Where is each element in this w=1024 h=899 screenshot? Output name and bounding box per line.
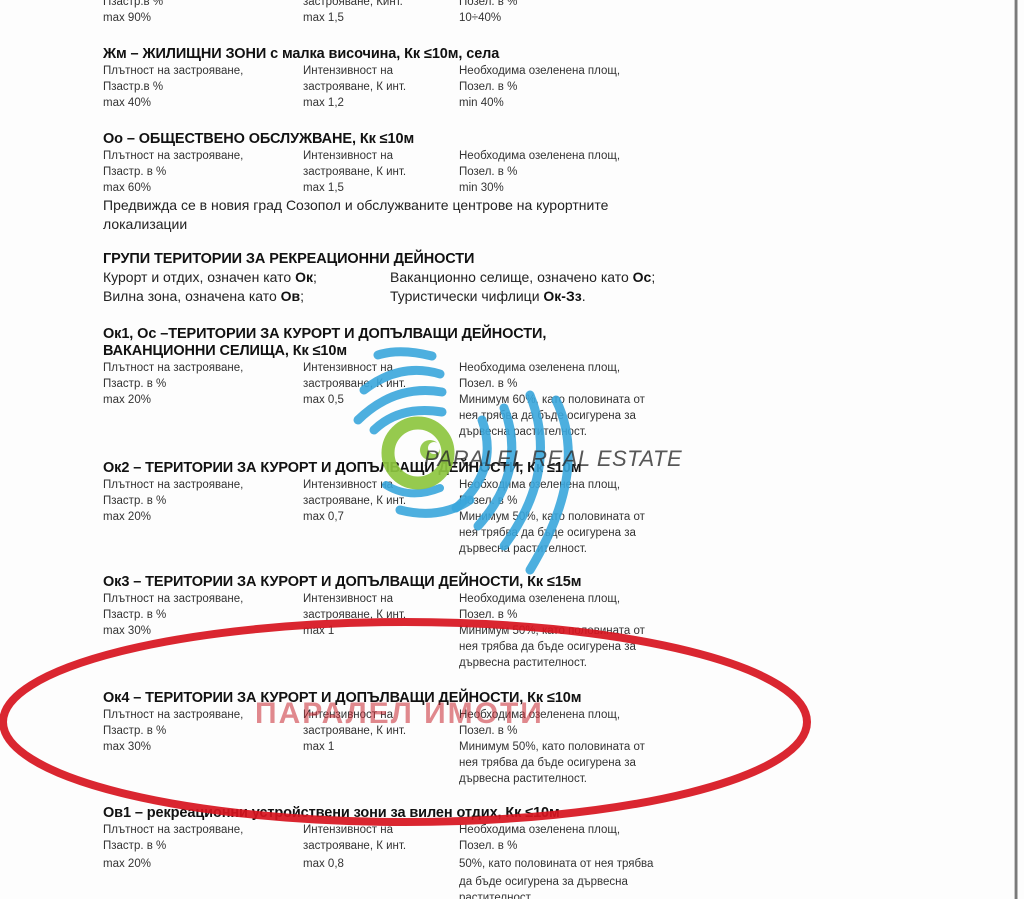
cell: min 30%: [459, 180, 504, 196]
cell: Пзастр. в %: [103, 607, 166, 623]
cell: Плътност на застрояване,: [103, 822, 243, 838]
cell: max 0,8: [303, 854, 344, 874]
cell: застрояване, Кинт.: [303, 0, 403, 10]
watermark-logo-text: PARALEL REAL ESTATE: [424, 446, 682, 472]
cell: Пзастр. в %: [103, 723, 166, 739]
cell: да бъде осигурена за дървесна: [459, 874, 628, 890]
cell: max 20%: [103, 854, 151, 874]
cell: дървесна растителност.: [459, 541, 587, 557]
section-ok3: Ок3 – ТЕРИТОРИИ ЗА КУРОРТ И ДОПЪЛВАЩИ ДЕ…: [103, 574, 581, 671]
cell: Пзастр.в %: [103, 0, 163, 10]
cell: max 20%: [103, 509, 151, 525]
page-edge-divider: [1015, 0, 1017, 899]
cell: Интензивност на: [303, 148, 393, 164]
cell: Пзастр. в %: [103, 164, 166, 180]
document-page: Пзастр.в % застрояване, Кинт. Позел. в %…: [0, 0, 1024, 899]
cell: Минимум 50%, като половината от: [459, 623, 645, 639]
cell: 50%, като половината от нея трябва: [459, 854, 653, 874]
cell: max 40%: [103, 95, 151, 111]
section-oo: Оо – ОБЩЕСТВЕНО ОБСЛУЖВАНЕ, Кк ≤10м Плът…: [103, 131, 703, 234]
cell: Плътност на застрояване,: [103, 707, 243, 723]
group-item: Вилна зона, означена като Ов;: [103, 287, 304, 306]
cell: Интензивност на: [303, 591, 393, 607]
section-zhm: Жм – ЖИЛИЩНИ ЗОНИ с малка височина, Кк ≤…: [103, 46, 499, 111]
cell: Интензивност на: [303, 360, 393, 376]
cell: min 40%: [459, 95, 504, 111]
cell: max 0,7: [303, 509, 344, 525]
cell: Позел. в %: [459, 838, 517, 854]
cell: застрояване, К инт.: [303, 376, 406, 392]
cell: дървесна растителност.: [459, 771, 587, 787]
section-ov1: Ов1 – рекреационни устройствени зони за …: [103, 805, 560, 899]
group-item: Туристически чифлици Ок-Зз.: [390, 287, 586, 306]
cell: дървесна растителност.: [459, 424, 587, 440]
section-note: Предвижда се в новия град Созопол и обсл…: [103, 196, 703, 234]
cell: Необходима озеленена площ,: [459, 591, 620, 607]
cell: Позел. в %: [459, 493, 517, 509]
cell: Плътност на застрояване,: [103, 477, 243, 493]
cell: нея трябва да бъде осигурена за: [459, 639, 636, 655]
cell: Интензивност на: [303, 477, 393, 493]
section-title: Жм – ЖИЛИЩНИ ЗОНИ с малка височина, Кк ≤…: [103, 46, 499, 63]
cell: застрояване, К инт.: [303, 838, 406, 854]
cell: max 1: [303, 623, 334, 639]
cell: Необходима озеленена площ,: [459, 477, 620, 493]
cell: max 1,5: [303, 180, 344, 196]
section-title-line: Ок1, Ос –ТЕРИТОРИИ ЗА КУРОРТ И ДОПЪЛВАЩИ…: [103, 326, 546, 343]
cell: max 20%: [103, 392, 151, 408]
section-ok1: Ок1, Ос –ТЕРИТОРИИ ЗА КУРОРТ И ДОПЪЛВАЩИ…: [103, 326, 546, 440]
cell: Необходима озеленена площ,: [459, 148, 620, 164]
cell: Необходима озеленена площ,: [459, 360, 620, 376]
cell: застрояване, К инт.: [303, 79, 406, 95]
cell: max 0,5: [303, 392, 344, 408]
cell: Позел. в %: [459, 164, 517, 180]
cell: Пзастр. в %: [103, 838, 166, 854]
cell: max 30%: [103, 623, 151, 639]
cell: Минимум 50%, като половината от: [459, 739, 645, 755]
cell: Плътност на застрояване,: [103, 148, 243, 164]
section-title: Ок3 – ТЕРИТОРИИ ЗА КУРОРТ И ДОПЪЛВАЩИ ДЕ…: [103, 574, 581, 591]
cell: max 1,2: [303, 95, 344, 111]
cell: нея трябва да бъде осигурена за: [459, 408, 636, 424]
note-line: Предвижда се в новия град Созопол и обсл…: [103, 196, 703, 215]
watermark-red-text: ПАРАЛЕЛ ИМОТИ: [255, 697, 544, 731]
note-line: локализации: [103, 215, 703, 234]
section-title-line: ВАКАНЦИОННИ СЕЛИЩА, Кк ≤10м: [103, 343, 546, 360]
section-title: ГРУПИ ТЕРИТОРИИ ЗА РЕКРЕАЦИОННИ ДЕЙНОСТИ: [103, 251, 474, 268]
cell: max 1: [303, 739, 334, 755]
cell: застрояване, К инт.: [303, 607, 406, 623]
section-title: Оо – ОБЩЕСТВЕНО ОБСЛУЖВАНЕ, Кк ≤10м: [103, 131, 703, 148]
cell: Пзастр. в %: [103, 493, 166, 509]
cell: max 30%: [103, 739, 151, 755]
cell: Минимум 50%, като половината от: [459, 509, 645, 525]
cell: Позел. в %: [459, 0, 517, 10]
cell: Пзастр. в %: [103, 376, 166, 392]
cell: Интензивност на: [303, 63, 393, 79]
section-title: Ов1 – рекреационни устройствени зони за …: [103, 805, 560, 822]
cell: Позел. в %: [459, 376, 517, 392]
cell: дървесна растителност.: [459, 655, 587, 671]
cell: max 90%: [103, 10, 151, 26]
cell: max 60%: [103, 180, 151, 196]
cell: max 1,5: [303, 10, 344, 26]
cell: растителност.: [459, 890, 533, 899]
cell: нея трябва да бъде осигурена за: [459, 525, 636, 541]
section-ok2: Ок2 – ТЕРИТОРИИ ЗА КУРОРТ И ДОПЪЛВАЩИ ДЕ…: [103, 460, 581, 557]
cell: Минимум 60%, като половината от: [459, 392, 645, 408]
cell: Необходима озеленена площ,: [459, 63, 620, 79]
group-item: Ваканционно селище, означено като Ос;: [390, 268, 655, 287]
cell: Плътност на застрояване,: [103, 360, 243, 376]
cell: нея трябва да бъде осигурена за: [459, 755, 636, 771]
cell: 10÷40%: [459, 10, 501, 26]
cell: Позел. в %: [459, 79, 517, 95]
cell: Необходима озеленена площ,: [459, 822, 620, 838]
group-item: Курорт и отдих, означен като Ок;: [103, 268, 317, 287]
cell: Плътност на застрояване,: [103, 63, 243, 79]
cell: Интензивност на: [303, 822, 393, 838]
cell: Плътност на застрояване,: [103, 591, 243, 607]
cell: Пзастр.в %: [103, 79, 163, 95]
section-groups: ГРУПИ ТЕРИТОРИИ ЗА РЕКРЕАЦИОННИ ДЕЙНОСТИ…: [103, 251, 474, 306]
cell: застрояване, К инт.: [303, 164, 406, 180]
cell: Позел. в %: [459, 607, 517, 623]
cell: застрояване, К инт.: [303, 493, 406, 509]
